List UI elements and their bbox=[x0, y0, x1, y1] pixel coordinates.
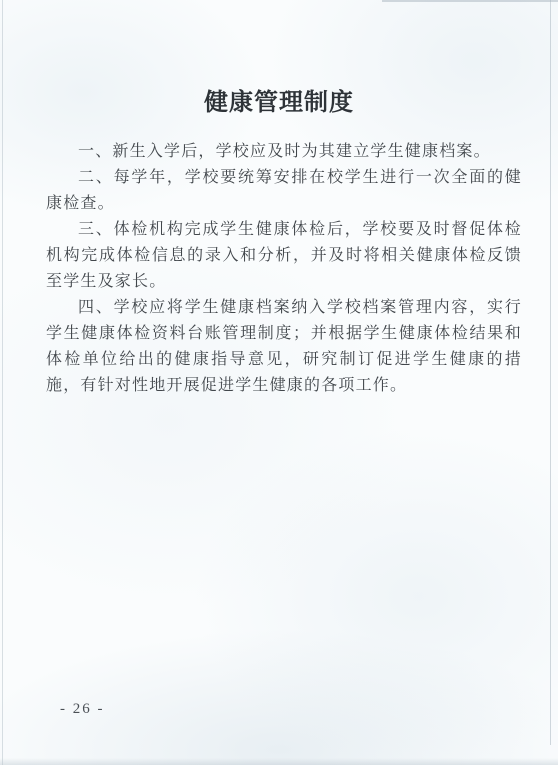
paragraph-3: 三、体检机构完成学生健康体检后，学校要及时督促体检机构完成体检信息的录入和分析，… bbox=[46, 217, 522, 295]
page-bottom-shadow bbox=[0, 758, 558, 765]
scanned-document-page: 健康管理制度 一、新生入学后，学校应及时为其建立学生健康档案。 二、每学年，学校… bbox=[0, 0, 558, 765]
paragraph-2: 二、每学年，学校要统筹安排在校学生进行一次全面的健康检查。 bbox=[46, 165, 522, 217]
page-number: - 26 - bbox=[60, 701, 105, 718]
document-body: 一、新生入学后，学校应及时为其建立学生健康档案。 二、每学年，学校要统筹安排在校… bbox=[46, 139, 522, 399]
page-top-edge-line bbox=[382, 0, 558, 2]
paragraph-4: 四、学校应将学生健康档案纳入学校档案管理内容，实行学生健康体检资料台账管理制度；… bbox=[46, 295, 522, 399]
document-title: 健康管理制度 bbox=[0, 82, 558, 117]
paragraph-1: 一、新生入学后，学校应及时为其建立学生健康档案。 bbox=[46, 139, 522, 165]
